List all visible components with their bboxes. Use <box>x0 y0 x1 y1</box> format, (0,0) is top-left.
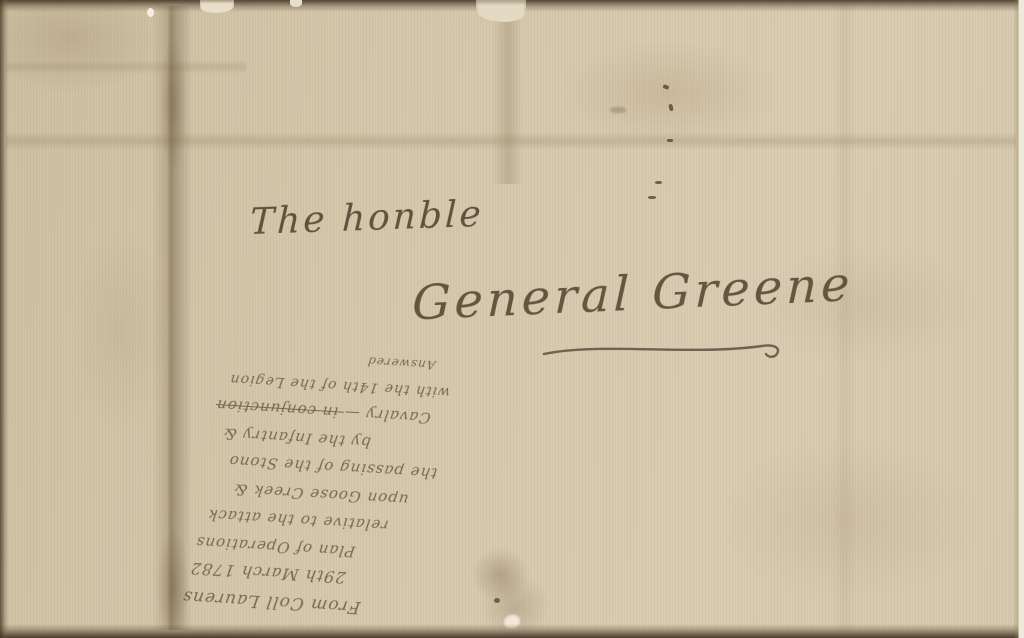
docket-text: Answered <box>366 355 436 373</box>
ink-speck <box>494 598 500 603</box>
ink-speck <box>667 139 673 142</box>
ink-speck <box>648 196 656 199</box>
underline-flourish <box>540 336 792 366</box>
tear-chip-top-small <box>290 0 302 7</box>
ink-smudge <box>610 107 626 113</box>
docket-block-rotated: From Coll Laurens 29th March 1782 Plan o… <box>174 323 485 626</box>
ink-speck <box>655 181 662 184</box>
docket-text-struck: in conjunction <box>215 397 345 423</box>
paper-speck-top <box>147 8 154 17</box>
docket-text: Cavalry — <box>342 404 432 427</box>
address-line-honorific: The honble <box>249 194 484 243</box>
scanned-letter-sheet: The honble General Greene From Coll Laur… <box>0 0 1024 638</box>
docket-text: by the Infantry & <box>221 424 372 451</box>
